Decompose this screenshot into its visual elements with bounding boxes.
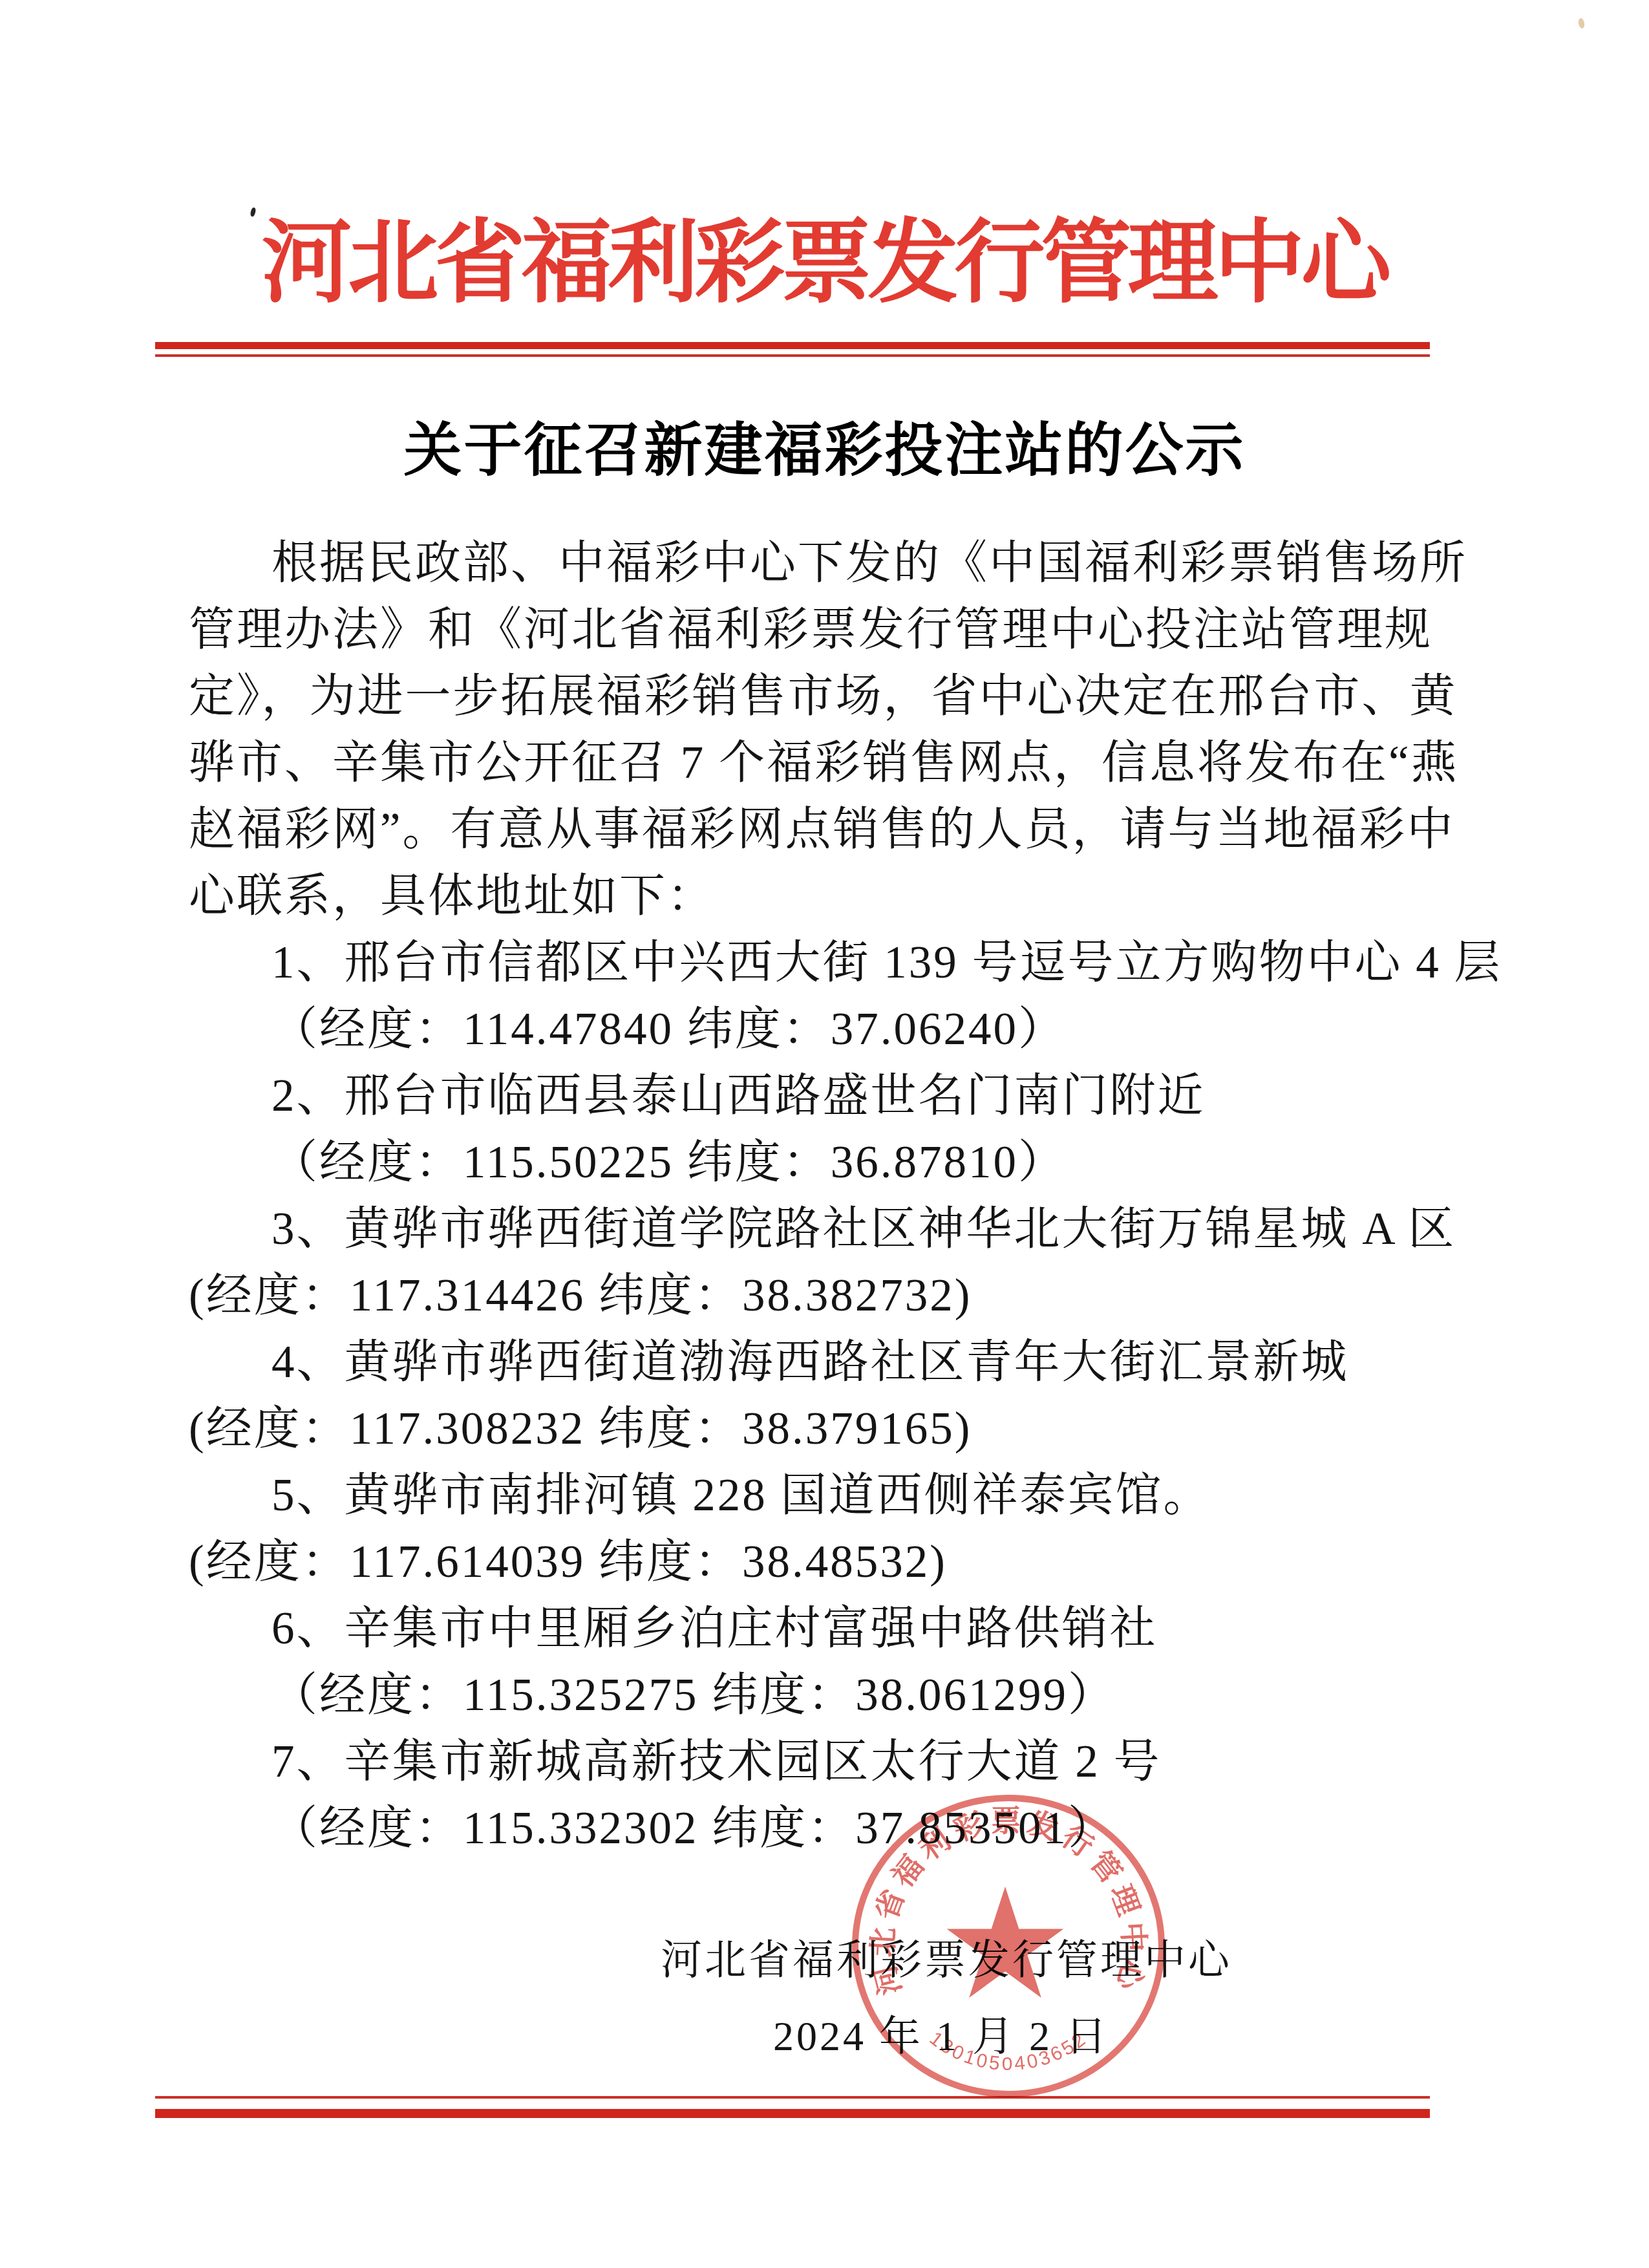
footer-rule-thick <box>155 2109 1430 2118</box>
location-address-7: 7、辛集市新城高新技术园区太行大道 2 号 <box>189 1729 1443 1795</box>
body-text: 根据民政部、中福彩中心下发的《中国福利彩票销售场所 管理办法》和《河北省福利彩票… <box>189 530 1443 1862</box>
location-address-1: 1、邢台市信都区中兴西大街 139 号逗号立方购物中心 4 层 <box>189 930 1443 996</box>
location-address-6: 6、辛集市中里厢乡泊庄村富强中路供销社 <box>189 1596 1443 1662</box>
letterhead-rule-thick <box>155 342 1430 349</box>
footer-rule-thin <box>155 2096 1430 2099</box>
intro-line: 心联系，具体地址如下： <box>189 863 1443 930</box>
signature-org: 河北省福利彩票发行管理中心 <box>661 1940 1232 1981</box>
location-coords-6: （经度：115.325275 纬度：38.061299） <box>189 1662 1443 1729</box>
intro-line: 定》，为进一步拓展福彩销售市场，省中心决定在邢台市、黄 <box>189 663 1443 730</box>
location-address-3: 3、黄骅市骅西街道学院路社区神华北大街万锦星城 A 区 <box>189 1196 1443 1263</box>
location-coords-3: (经度：117.314426 纬度：38.382732) <box>189 1263 1443 1329</box>
intro-line: 赵福彩网”。有意从事福彩网点销售的人员，请与当地福彩中 <box>189 797 1443 863</box>
page-title: 关于征召新建福彩投注站的公示 <box>0 418 1649 485</box>
scan-artifact <box>1578 17 1586 28</box>
intro-line: 根据民政部、中福彩中心下发的《中国福利彩票销售场所 <box>189 530 1443 597</box>
location-coords-5: (经度：117.614039 纬度：38.48532) <box>189 1529 1443 1596</box>
signature-date: 2024 年 1 月 2 日 <box>773 2016 1109 2057</box>
location-address-2: 2、邢台市临西县泰山西路盛世名门南门附近 <box>189 1063 1443 1129</box>
letterhead-rule-thin <box>155 354 1430 357</box>
letterhead-org-name: 河北省福利彩票发行管理中心 <box>0 219 1649 309</box>
location-address-4: 4、黄骅市骅西街道渤海西路社区青年大街汇景新城 <box>189 1329 1443 1396</box>
location-coords-4: (经度：117.308232 纬度：38.379165) <box>189 1396 1443 1462</box>
location-address-5: 5、黄骅市南排河镇 228 国道西侧祥泰宾馆。 <box>189 1462 1443 1529</box>
location-coords-1: （经度：114.47840 纬度：37.06240） <box>189 996 1443 1063</box>
document-page: 河北省福利彩票发行管理中心 关于征召新建福彩投注站的公示 根据民政部、中福彩中心… <box>0 0 1649 2268</box>
scan-artifact <box>250 207 256 217</box>
location-coords-2: （经度：115.50225 纬度：36.87810） <box>189 1129 1443 1196</box>
intro-line: 骅市、辛集市公开征召 7 个福彩销售网点，信息将发布在“燕 <box>189 730 1443 797</box>
location-coords-7: （经度：115.332302 纬度：37.853501） <box>189 1795 1443 1862</box>
intro-line: 管理办法》和《河北省福利彩票发行管理中心投注站管理规 <box>189 597 1443 663</box>
